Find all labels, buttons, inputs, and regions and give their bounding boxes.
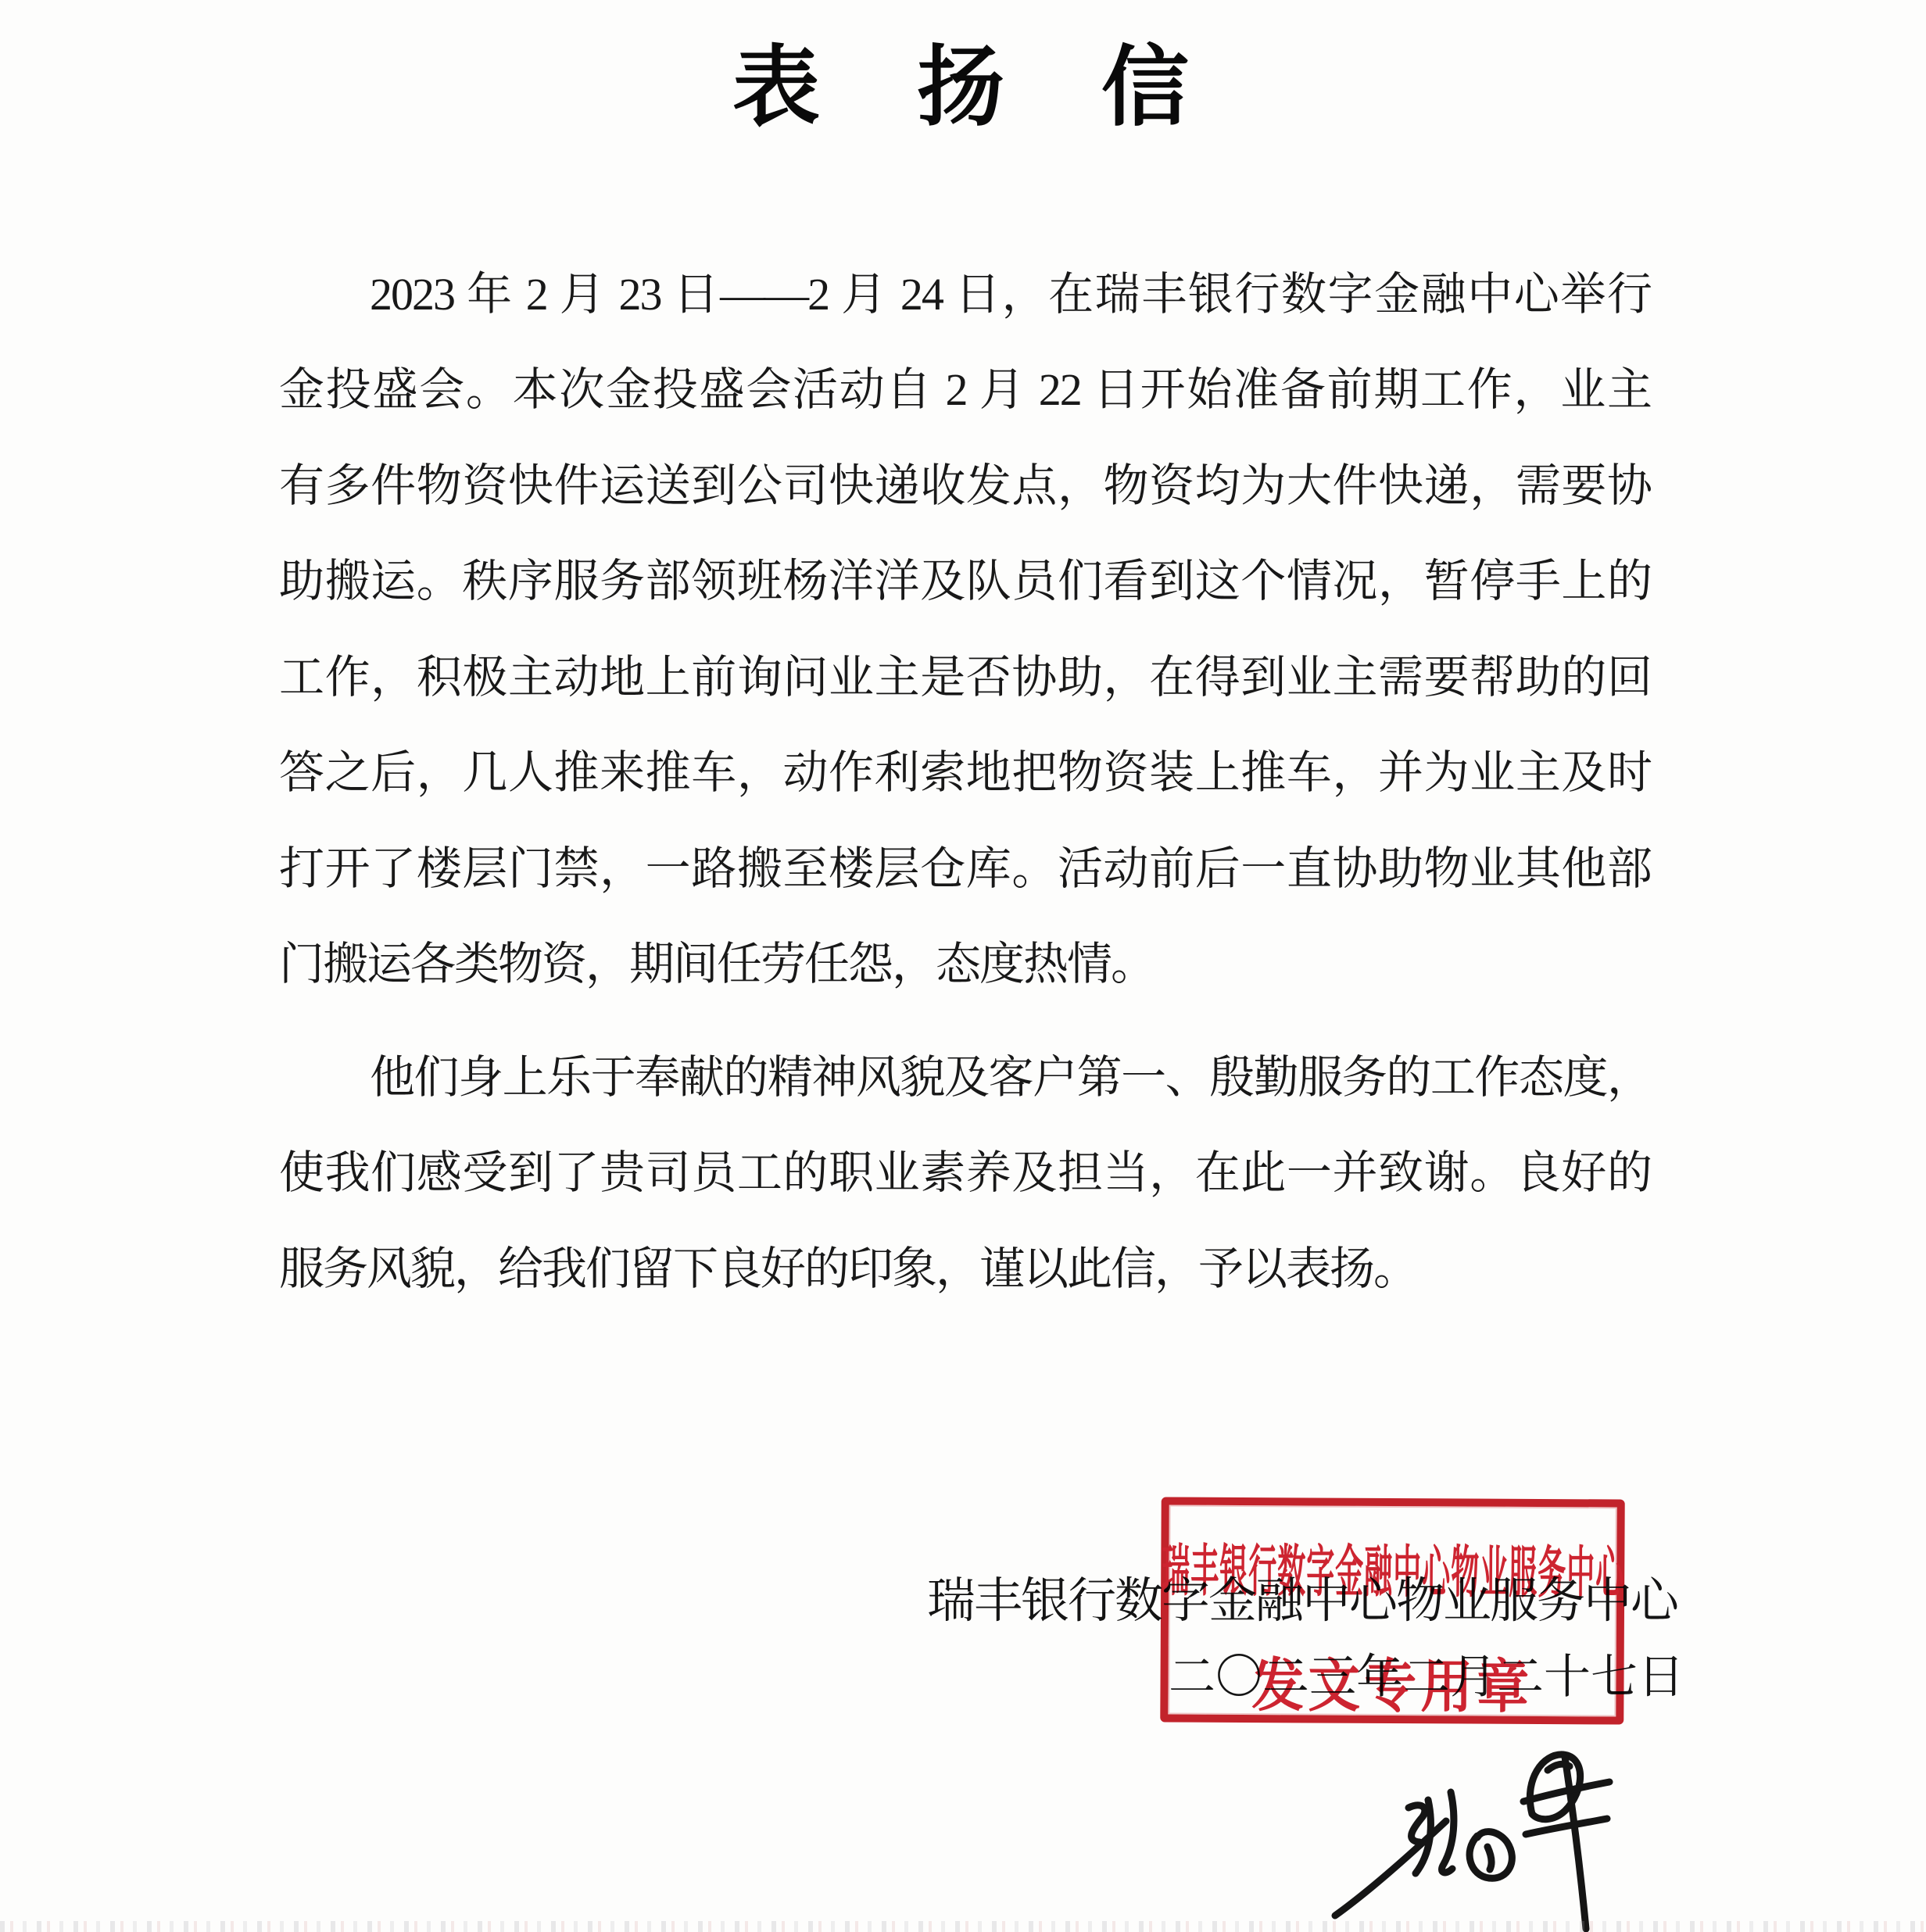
scan-edge-noise — [0, 1921, 1926, 1932]
seal-bottom-text: 发文专用章 — [1251, 1640, 1534, 1724]
body-line-7: 打开了楼层门禁，一路搬至楼层仓库。活动前后一直协助物业其他部 — [279, 826, 1651, 918]
body-line-2: 金投盛会。本次金投盛会活动自 2 月 22 日开始准备前期工作，业主 — [279, 347, 1651, 439]
body-line-11: 服务风貌，给我们留下良好的印象，谨以此信，予以表扬。 — [279, 1226, 1651, 1318]
body-line-10: 使我们感受到了贵司员工的职业素养及担当，在此一并致谢。良好的 — [279, 1130, 1651, 1222]
body-line-3: 有多件物资快件运送到公司快递收发点，物资均为大件快递，需要协 — [279, 443, 1651, 535]
handwritten-signature-icon — [1290, 1747, 1657, 1932]
body-line-5: 工作，积极主动地上前询问业主是否协助，在得到业主需要帮助的回 — [279, 635, 1651, 727]
official-seal: 瑞丰银行数字金融中心物业服务中心 发文专用章 — [1160, 1497, 1624, 1724]
body-line-8: 门搬运各类物资，期间任劳任怨，态度热情。 — [279, 921, 1651, 1014]
body-line-9: 他们身上乐于奉献的精神风貌及客户第一、殷勤服务的工作态度， — [279, 1035, 1651, 1127]
commendation-letter-page: 表 扬 信 2023 年 2 月 23 日——2 月 24 日，在瑞丰银行数字金… — [0, 0, 1926, 1932]
body-line-1: 2023 年 2 月 23 日——2 月 24 日，在瑞丰银行数字金融中心举行 — [279, 252, 1651, 344]
letter-title: 表 扬 信 — [0, 17, 1926, 143]
seal-top-text: 瑞丰银行数字金融中心物业服务中心 — [1162, 1525, 1625, 1608]
body-line-6: 答之后，几人推来推车，动作利索地把物资装上推车，并为业主及时 — [279, 730, 1651, 822]
body-line-4: 助搬运。秩序服务部领班杨洋洋及队员们看到这个情况，暂停手上的 — [279, 538, 1651, 631]
